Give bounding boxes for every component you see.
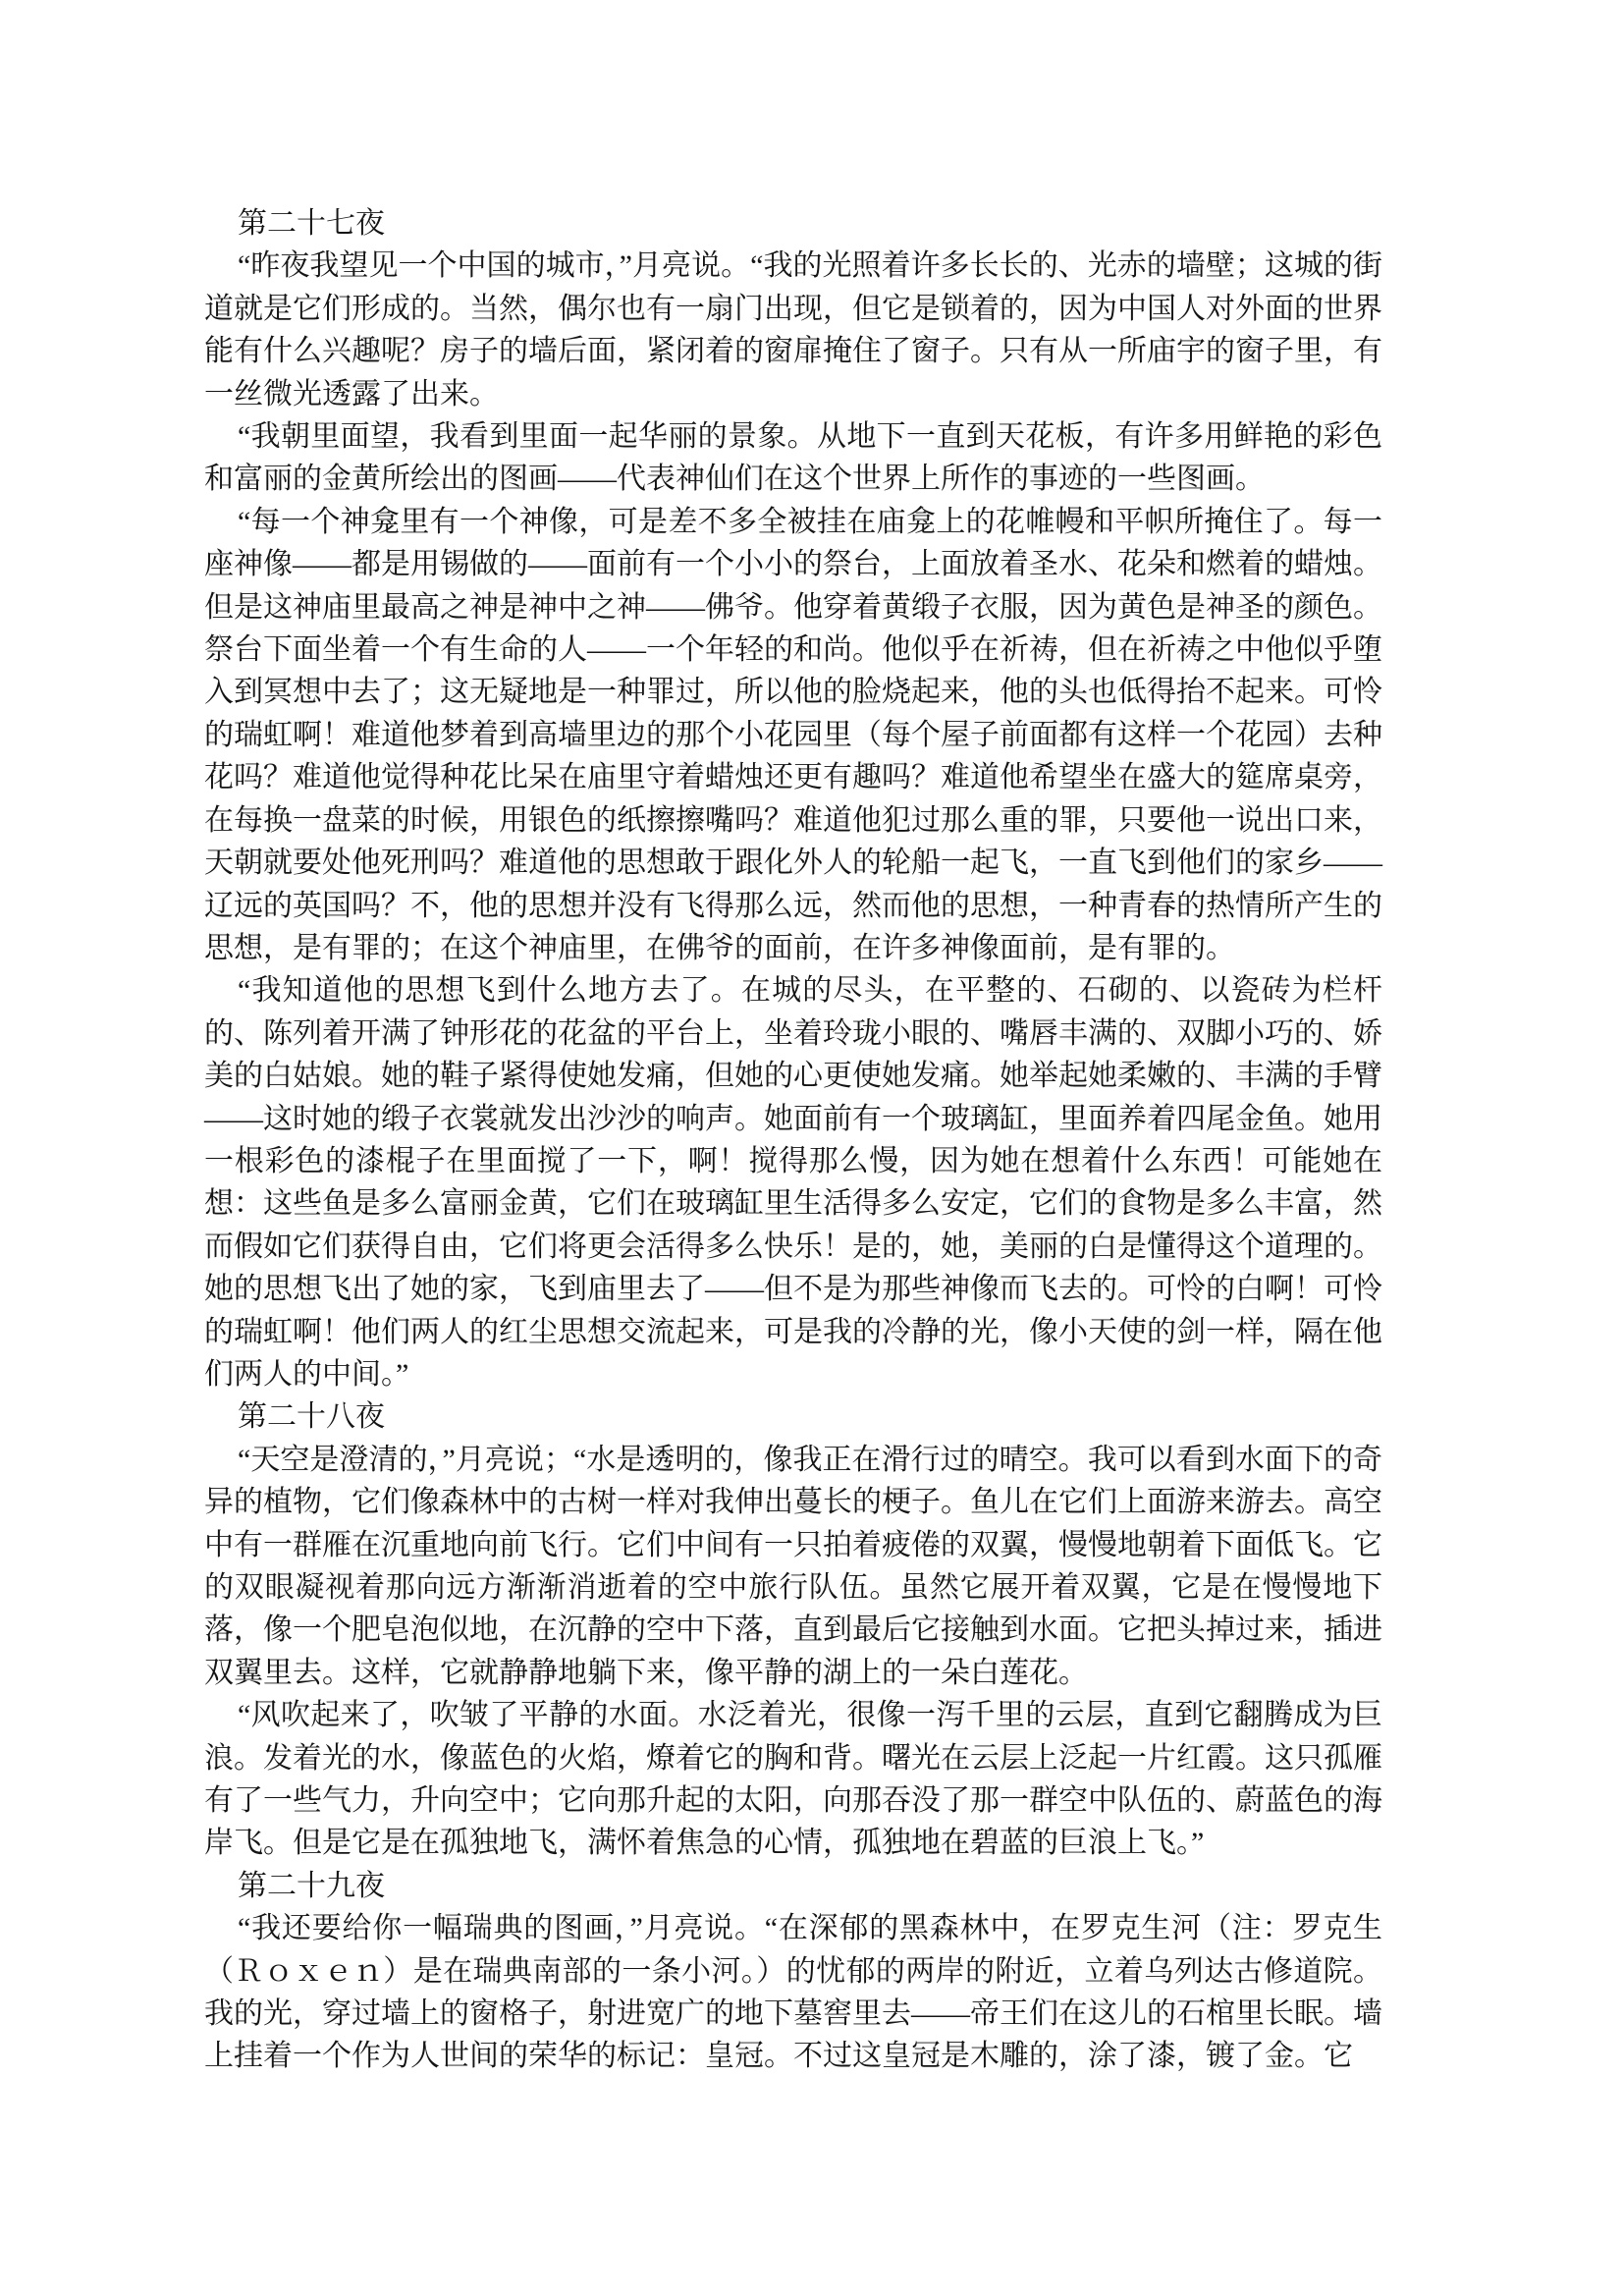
paragraph: “每一个神龛里有一个神像，可是差不多全被挂在庙龛上的花帷幔和平帜所掩住了。每一座… [204,501,1382,969]
paragraph: “风吹起来了，吹皱了平静的水面。水泛着光，很像一泻千里的云层，直到它翻腾成为巨浪… [204,1694,1382,1865]
paragraph: “天空是澄清的，”月亮说；“水是透明的，像我正在滑行过的晴空。我可以看到水面下的… [204,1439,1382,1694]
document-body: 第二十七夜 “昨夜我望见一个中国的城市，”月亮说。“我的光照着许多长长的、光赤的… [204,202,1382,2078]
paragraph: “我还要给你一幅瑞典的图画，”月亮说。“在深郁的黑森林中，在罗克生河（注：罗克生… [204,1907,1382,2078]
paragraph: “昨夜我望见一个中国的城市，”月亮说。“我的光照着许多长长的、光赤的墙壁；这城的… [204,245,1382,415]
section-heading: 第二十八夜 [204,1395,1382,1438]
paragraph: “我知道他的思想飞到什么地方去了。在城的尽头，在平整的、石砌的、以瓷砖为栏杆的、… [204,969,1382,1395]
section-heading: 第二十七夜 [204,202,1382,245]
document-page: 第二十七夜 “昨夜我望见一个中国的城市，”月亮说。“我的光照着许多长长的、光赤的… [0,0,1623,2296]
paragraph: “我朝里面望，我看到里面一起华丽的景象。从地下一直到天花板，有许多用鲜艳的彩色和… [204,415,1382,501]
section-heading: 第二十九夜 [204,1865,1382,1907]
